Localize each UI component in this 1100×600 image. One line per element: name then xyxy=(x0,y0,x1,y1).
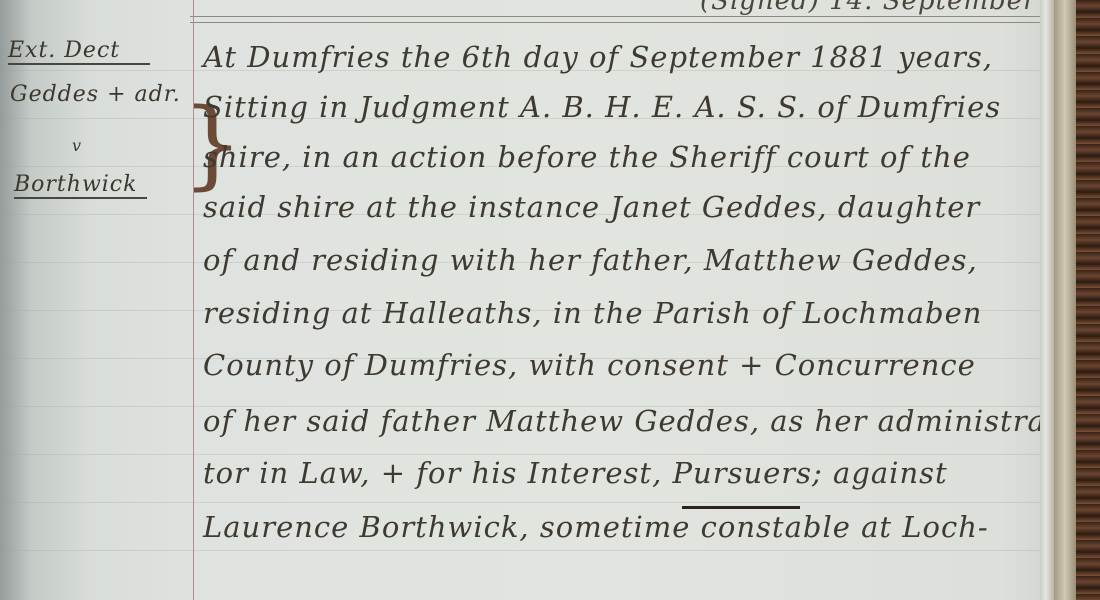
page-stack-edge xyxy=(1054,0,1076,600)
margin-note-party-one: Geddes + adr. xyxy=(10,82,181,107)
margin-note-title: Ext. Dect xyxy=(8,38,150,65)
body-line-4: said shire at the instance Janet Geddes,… xyxy=(203,190,980,224)
book-binding xyxy=(1076,0,1100,600)
body-line-6: residing at Halleaths, in the Parish of … xyxy=(203,296,982,330)
body-line-7: County of Dumfries, with consent + Concu… xyxy=(203,348,976,382)
body-line-1: At Dumfries the 6th day of September 188… xyxy=(203,40,993,74)
ledger-page: (Signed) 14. September 1881 Ext. Dect Ge… xyxy=(0,0,1043,600)
body-line-8: of her said father Matthew Geddes, as he… xyxy=(203,404,1057,438)
header-rule-top xyxy=(190,16,1040,17)
ruled-line xyxy=(0,550,1040,551)
margin-note-party-two: Borthwick xyxy=(14,172,147,199)
body-line-2: Sitting in Judgment A. B. H. E. A. S. S.… xyxy=(203,90,1001,124)
ruled-line xyxy=(0,454,1040,455)
header-rule-bottom xyxy=(190,22,1040,23)
body-line-9: tor in Law, + for his Interest, Pursuers… xyxy=(203,456,948,490)
page-edge xyxy=(1040,0,1054,600)
body-line-3: shire, in an action before the Sheriff c… xyxy=(203,140,971,174)
ruled-line xyxy=(0,502,1040,503)
body-line-5: of and residing with her father, Matthew… xyxy=(203,243,978,277)
pursuers-underline xyxy=(682,506,800,509)
margin-note-versus: v xyxy=(72,136,82,155)
body-line-10: Laurence Borthwick, sometime constable a… xyxy=(203,510,989,544)
